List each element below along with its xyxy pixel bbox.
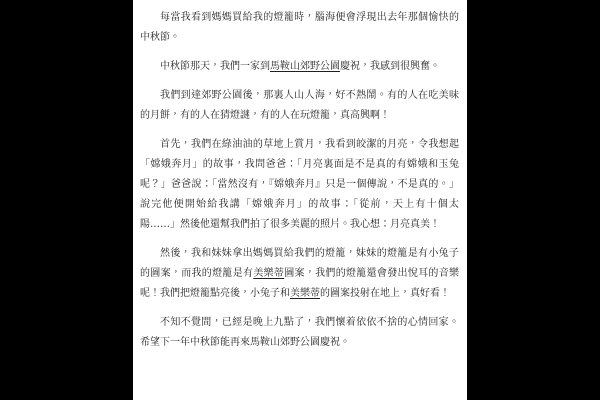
text-run: 中秋節那天，我們一家到 (160, 61, 270, 72)
essay-text: 每當我看到媽媽買給我的燈籠時，腦海便會浮現出去年那個愉快的中秋節。 中秋節那天，… (140, 8, 459, 353)
text-run: 我們到達郊野公園後，那裏人山人海，好不熱鬧。有的人在吃美味的月餅，有的人在猜燈謎… (140, 90, 459, 121)
underlined-text-run: 美樂蒂 (290, 288, 320, 299)
essay-paragraph: 不知不覺間，已經是晚上九點了，我們懷着依依不捨的心情回家。希望下一年中秋節能再來… (140, 313, 459, 353)
essay-paragraph: 中秋節那天，我們一家到馬鞍山郊野公園慶祝，我感到很興奮。 (140, 57, 459, 77)
essay-paragraph: 每當我看到媽媽買給我的燈籠時，腦海便會浮現出去年那個愉快的中秋節。 (140, 8, 459, 48)
text-run: 首先，我們在綠油油的草地上賞月，我看到皎潔的月亮，令我想起「嫦娥奔月」的故事，我… (140, 139, 459, 230)
essay-paragraph: 然後，我和妹妹拿出媽媽買給我們的燈籠，妹妹的燈籠是有小兔子的圖案，而我的燈籠是有… (140, 244, 459, 304)
underlined-text-run: 美樂蒂 (253, 268, 284, 279)
essay-paragraph: 我們到達郊野公園後，那裏人山人海，好不熱鬧。有的人在吃美味的月餅，有的人在猜燈謎… (140, 86, 459, 126)
letterbox: 每當我看到媽媽買給我的燈籠時，腦海便會浮現出去年那個愉快的中秋節。 中秋節那天，… (0, 0, 600, 400)
text-run: 每當我看到媽媽買給我的燈籠時，腦海便會浮現出去年那個愉快的中秋節。 (140, 12, 459, 43)
text-run: 慶祝，我感到很興奮。 (340, 61, 440, 72)
underlined-text-run: 馬鞍山郊野公園 (270, 61, 340, 72)
document-page: 每當我看到媽媽買給我的燈籠時，腦海便會浮現出去年那個愉快的中秋節。 中秋節那天，… (133, 0, 467, 400)
essay-paragraph: 首先，我們在綠油油的草地上賞月，我看到皎潔的月亮，令我想起「嫦娥奔月」的故事，我… (140, 135, 459, 235)
text-run: 不知不覺間，已經是晚上九點了，我們懷着依依不捨的心情回家。希望下一年中秋節能再來… (140, 317, 459, 348)
text-run: 的圖案投射在地上，真好看！ (320, 288, 450, 299)
